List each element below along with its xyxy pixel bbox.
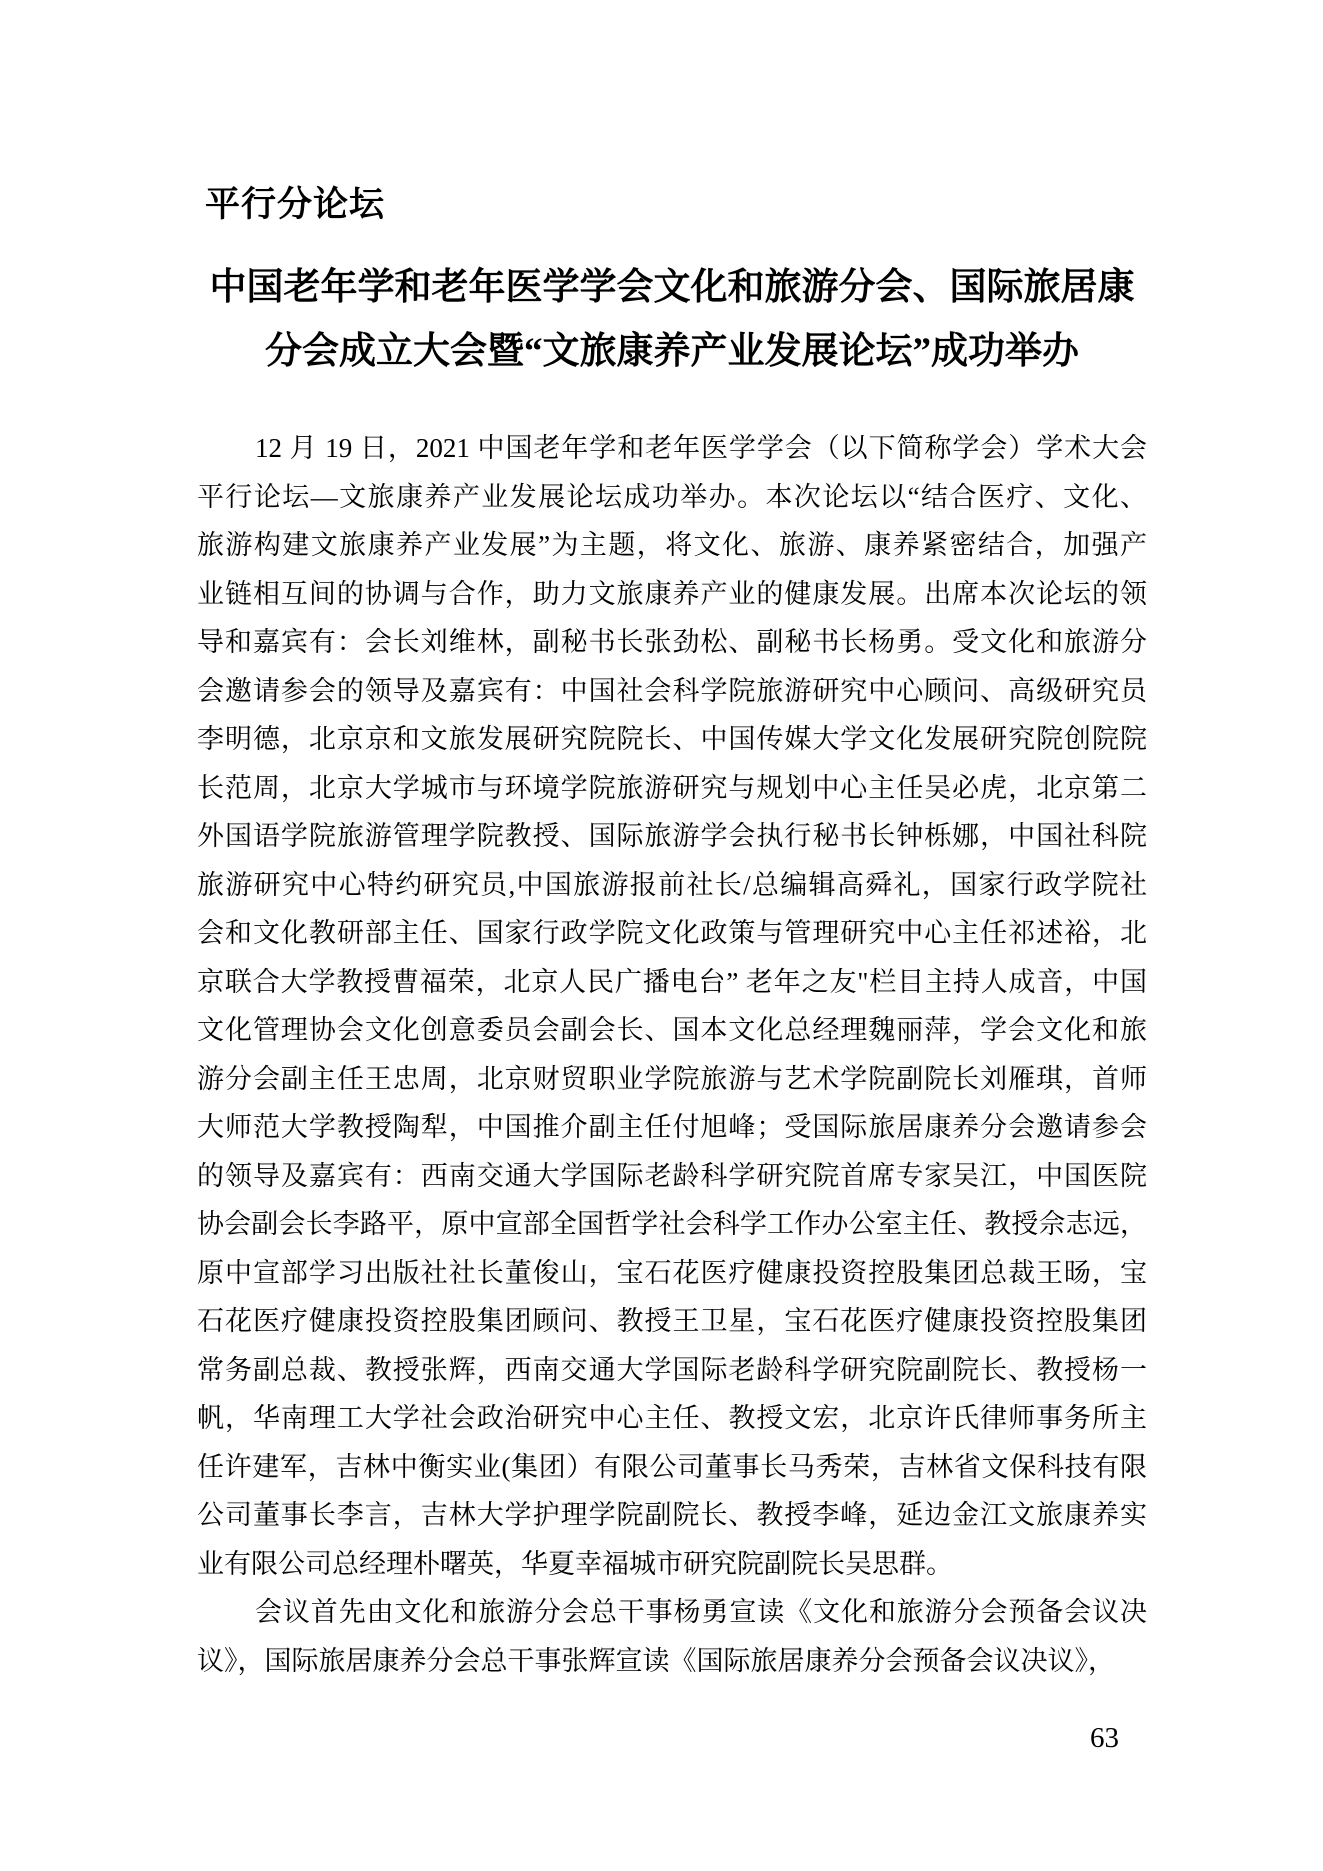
body-line: 议》，国际旅居康养分会总干事张辉宣读《国际旅居康养分会预备会议决议》， bbox=[197, 1637, 1147, 1686]
document-title-line-1: 中国老年学和老年医学学会文化和旅游分会、国际旅居康养 bbox=[197, 256, 1147, 320]
body-line: 外国语学院旅游管理学院教授、国际旅游学会执行秘书长钟栎娜，中国社科院 bbox=[197, 812, 1147, 861]
body-line: 会议首先由文化和旅游分会总干事杨勇宣读《文化和旅游分会预备会议决 bbox=[197, 1588, 1147, 1637]
body-line: 旅游研究中心特约研究员,中国旅游报前社长/总编辑高舜礼，国家行政学院社 bbox=[197, 861, 1147, 910]
body-line: 常务副总裁、教授张辉，西南交通大学国际老龄科学研究院副院长、教授杨一 bbox=[197, 1346, 1147, 1395]
body-line: 文化管理协会文化创意委员会副会长、国本文化总经理魏丽萍，学会文化和旅 bbox=[197, 1006, 1147, 1055]
body-line: 会和文化教研部主任、国家行政学院文化政策与管理研究中心主任祁述裕，北 bbox=[197, 909, 1147, 958]
body-line: 石花医疗健康投资控股集团顾问、教授王卫星，宝石花医疗健康投资控股集团 bbox=[197, 1297, 1147, 1346]
body-line: 协会副会长李路平，原中宣部全国哲学社会科学工作办公室主任、教授佘志远， bbox=[197, 1200, 1147, 1249]
body-line: 京联合大学教授曹福荣，北京人民广播电台” 老年之友"栏目主持人成音，中国 bbox=[197, 958, 1147, 1007]
body-line: 的领导及嘉宾有：西南交通大学国际老龄科学研究院首席专家吴江，中国医院 bbox=[197, 1152, 1147, 1201]
body-line: 任许建军，吉林中衡实业(集团）有限公司董事长马秀荣，吉林省文保科技有限 bbox=[197, 1443, 1147, 1492]
body-line: 12 月 19 日，2021 中国老年学和老年医学学会（以下简称学会）学术大会 bbox=[197, 424, 1147, 473]
document-page: 平行分论坛 中国老年学和老年医学学会文化和旅游分会、国际旅居康养 分会成立大会暨… bbox=[0, 0, 1323, 1871]
body-line: 原中宣部学习出版社社长董俊山，宝石花医疗健康投资控股集团总裁王旸，宝 bbox=[197, 1249, 1147, 1298]
body-line: 导和嘉宾有：会长刘维林，副秘书长张劲松、副秘书长杨勇。受文化和旅游分 bbox=[197, 618, 1147, 667]
body-line: 大师范大学教授陶犁，中国推介副主任付旭峰；受国际旅居康养分会邀请参会 bbox=[197, 1103, 1147, 1152]
body-line: 会邀请参会的领导及嘉宾有：中国社会科学院旅游研究中心顾问、高级研究员 bbox=[197, 667, 1147, 716]
body-line: 李明德，北京京和文旅发展研究院院长、中国传媒大学文化发展研究院创院院 bbox=[197, 715, 1147, 764]
body-line: 公司董事长李言，吉林大学护理学院副院长、教授李峰，延边金江文旅康养实 bbox=[197, 1491, 1147, 1540]
document-title: 中国老年学和老年医学学会文化和旅游分会、国际旅居康养 分会成立大会暨“文旅康养产… bbox=[197, 256, 1147, 384]
body-line: 业有限公司总经理朴曙英，华夏幸福城市研究院副院长吴思群。 bbox=[197, 1540, 1147, 1589]
body-line: 业链相互间的协调与合作，助力文旅康养产业的健康发展。出席本次论坛的领 bbox=[197, 570, 1147, 619]
section-heading: 平行分论坛 bbox=[205, 183, 385, 227]
paragraph-2: 会议首先由文化和旅游分会总干事杨勇宣读《文化和旅游分会预备会议决议》，国际旅居康… bbox=[197, 1588, 1147, 1685]
document-body: 12 月 19 日，2021 中国老年学和老年医学学会（以下简称学会）学术大会平… bbox=[197, 424, 1147, 1685]
body-line: 帆，华南理工大学社会政治研究中心主任、教授文宏，北京许氏律师事务所主 bbox=[197, 1394, 1147, 1443]
document-title-line-2: 分会成立大会暨“文旅康养产业发展论坛”成功举办 bbox=[197, 320, 1147, 384]
body-line: 旅游构建文旅康养产业发展”为主题，将文化、旅游、康养紧密结合，加强产 bbox=[197, 521, 1147, 570]
body-line: 长范周，北京大学城市与环境学院旅游研究与规划中心主任吴必虎，北京第二 bbox=[197, 764, 1147, 813]
paragraph-1: 12 月 19 日，2021 中国老年学和老年医学学会（以下简称学会）学术大会平… bbox=[197, 424, 1147, 1588]
body-line: 平行论坛—文旅康养产业发展论坛成功举办。本次论坛以“结合医疗、文化、 bbox=[197, 473, 1147, 522]
body-line: 游分会副主任王忠周，北京财贸职业学院旅游与艺术学院副院长刘雁琪，首师 bbox=[197, 1055, 1147, 1104]
page-number: 63 bbox=[1090, 1720, 1119, 1756]
